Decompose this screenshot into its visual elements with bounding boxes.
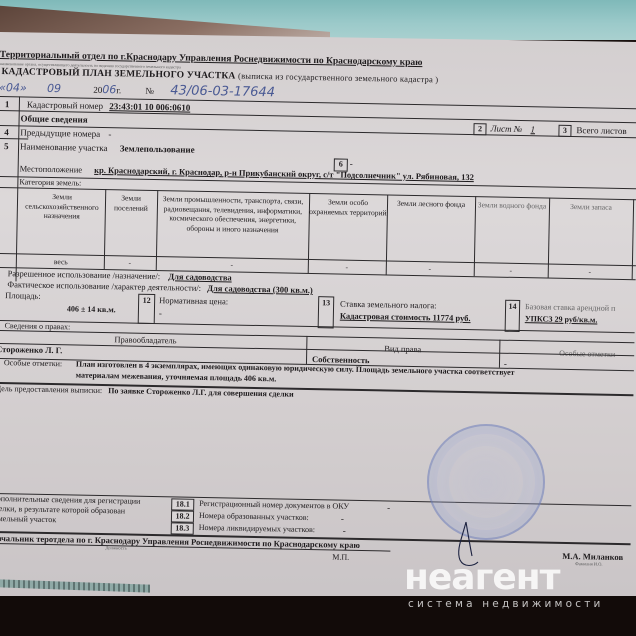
land-category-value: - — [386, 263, 474, 274]
purpose-label: Цель предоставления выписки: — [0, 384, 102, 395]
actual-use-value: Для садоводства (300 кв.м.) — [207, 283, 313, 295]
previous-numbers-label: Предыдущие номера — [20, 127, 100, 139]
land-category-value: - — [104, 258, 156, 268]
additional-item-number: 18.3 — [171, 522, 194, 534]
date-month: 09 — [47, 82, 61, 95]
additional-item-value: - — [387, 503, 390, 513]
row-number: 5 — [4, 141, 9, 151]
parcel-name-label: Наименование участка — [20, 141, 108, 153]
land-tax-label: Ставка земельного налога: — [340, 299, 437, 311]
land-category-header: Земли особо охраняемых территорий — [309, 197, 387, 217]
total-sheets-label: Всего листов — [576, 125, 626, 136]
box-14-number: 14 — [505, 300, 521, 332]
general-info-heading: Общие сведения — [21, 113, 88, 124]
land-category-header: Земли сельскохозяйственного назначения — [19, 191, 106, 221]
sheet-number: Лист № 1 — [490, 123, 535, 134]
rights-header-type: Вид права — [384, 343, 421, 354]
normative-price-value: - — [159, 308, 162, 318]
land-category-value: - — [474, 265, 548, 276]
land-category-header: Земли лесного фонда — [387, 198, 475, 209]
watermark-tagline: система недвижимости — [408, 598, 604, 610]
watermark-logo: неагент — [404, 560, 560, 596]
box-6-value: - — [350, 159, 353, 169]
name-caption: Фамилия И.О. — [575, 561, 603, 567]
box-12-number: 12 — [138, 294, 156, 324]
rights-header-holder: Правообладатель — [114, 334, 176, 345]
land-category-value: - — [548, 267, 632, 278]
previous-numbers-value: - — [108, 129, 111, 139]
cadastral-number-value: 23:43:01 10 006:0610 — [109, 101, 190, 113]
additional-item-value: - — [341, 514, 344, 524]
date-day: «04» — [0, 81, 27, 95]
position-caption: Должность — [105, 545, 126, 550]
document-number: 43/06-03-17644 — [170, 83, 275, 100]
seal-place-label: М.П. — [332, 552, 349, 561]
row-number: 4 — [4, 127, 9, 137]
permitted-use-value: Для садоводства — [168, 271, 232, 282]
land-category-label: Категория земель: — [19, 177, 81, 187]
date-year: 06 — [102, 83, 116, 96]
sheet-value: 1 — [530, 124, 535, 134]
location-label: Местоположение — [20, 163, 83, 174]
area-value: 406 ± 14 кв.м. — [67, 304, 116, 314]
row-number: 1 — [5, 99, 10, 109]
additional-item-number: 18.2 — [171, 510, 194, 522]
land-category-value: - — [308, 262, 386, 273]
normative-price-label: Нормативная цена: — [159, 295, 228, 306]
parcel-name-value: Землепользование — [120, 143, 195, 154]
signatory-name: М.А. Миланков — [562, 551, 623, 562]
land-category-header: Земли промышленности, транспорта, связи,… — [156, 194, 309, 235]
previous-numbers-row: Предыдущие номера - — [20, 127, 111, 139]
box-13-number: 13 — [318, 296, 335, 328]
area-label: Площадь: — [5, 290, 41, 301]
land-category-header: Земли поселений — [105, 193, 157, 213]
number-label: № — [145, 86, 154, 96]
additional-info-text: Дополнительные сведения для регистрации … — [0, 494, 169, 527]
additional-item-value: - — [343, 526, 346, 536]
rights-holder: Стороженко Л. Г. — [0, 344, 62, 355]
base-rent-value: УПКСЗ 29 руб/кв.м. — [525, 314, 598, 324]
land-category-header: Земли водного фонда — [475, 200, 549, 211]
additional-item-number: 18.1 — [171, 498, 194, 510]
land-category-header: Земли запаса — [549, 202, 633, 213]
cadastral-number-label: Кадастровый номер — [27, 100, 103, 111]
official-seal-stamp — [427, 424, 545, 540]
sheet-label: Лист № — [490, 123, 522, 134]
special-notes-label: Особые отметки: — [4, 358, 62, 368]
date-year-prefix: 20 — [93, 85, 102, 95]
date-year-suffix: г. — [116, 85, 121, 95]
base-rent-label: Базовая ставка арендной п — [525, 302, 615, 313]
land-category-value: весь — [18, 256, 104, 267]
